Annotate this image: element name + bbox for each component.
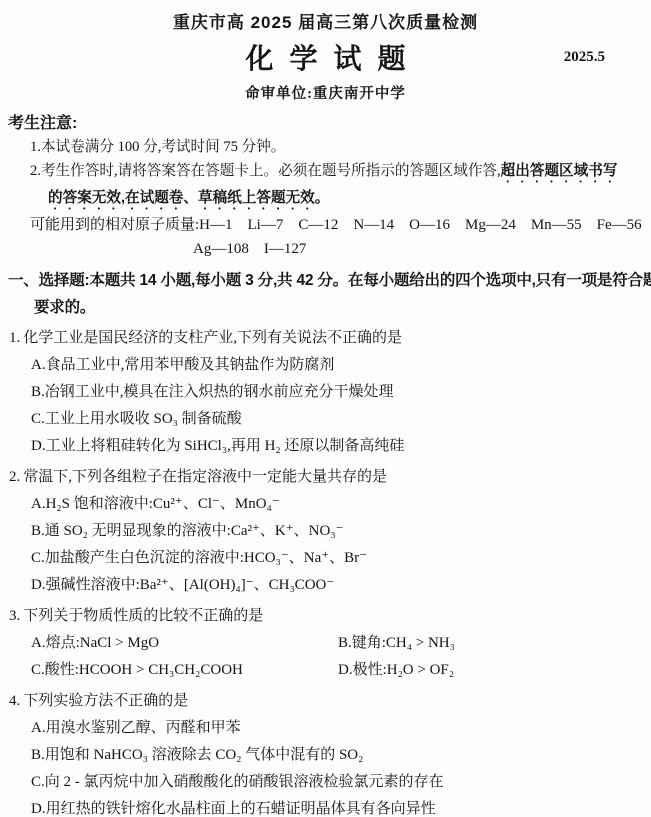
notice-item-2-normal: 2.考生作答时,请将答案答在答题卡上。必须在题号所指示的答题区域作答, bbox=[30, 163, 501, 179]
notice-item-2: 2.考生作答时,请将答案答在答题卡上。必须在题号所指示的答题区域作答,超出答题区… bbox=[8, 159, 643, 186]
section-heading-line-1: 一、选择题:本题共 14 小题,每小题 3 分,共 42 分。在每小题给出的四个… bbox=[8, 267, 643, 294]
option-1c: C.工业上用水吸收 SO₃ 制备硫酸 bbox=[8, 406, 643, 433]
notice-item-1: 1.本试卷满分 100 分,考试时间 75 分钟。 bbox=[8, 135, 643, 159]
question-4: 4.下列实验方法不正确的是 A.用溴水鉴别乙醇、丙醛和甲苯 B.用饱和 NaHC… bbox=[8, 688, 643, 817]
notice-item-2-emphasis-continued: 的答案无效,在试题卷、草稿纸上答题无效。 bbox=[48, 190, 329, 206]
title-row: 化学试题 2025.5 bbox=[8, 40, 643, 78]
option-1b: B.冶钢工业中,模具在注入炽热的钢水前应充分干燥处理 bbox=[8, 379, 643, 406]
question-number: 1. bbox=[9, 330, 23, 346]
option-1d: D.工业上将粗硅转化为 SiHCl₃,再用 H₂ 还原以制备高纯硅 bbox=[8, 433, 643, 460]
question-stem: 1.化学工业是国民经济的支柱产业,下列有关说法不正确的是 bbox=[8, 325, 643, 352]
notice-item-2-emphasis: 超出答题区域书写 bbox=[501, 163, 618, 179]
option-3c: C.酸性:HCOOH > CH₃CH₂COOH bbox=[8, 657, 338, 684]
option-2a: A.H₂S 饱和溶液中:Cu²⁺、Cl⁻、MnO₄⁻ bbox=[8, 491, 643, 518]
question-stem-text: 常温下,下列各组粒子在指定溶液中一定能大量共存的是 bbox=[23, 469, 387, 485]
question-stem-text: 下列关于物质性质的比较不正确的是 bbox=[23, 608, 263, 624]
exam-title: 重庆市高 2025 届高三第八次质量检测 bbox=[8, 12, 643, 34]
question-stem: 2.常温下,下列各组粒子在指定溶液中一定能大量共存的是 bbox=[8, 464, 643, 491]
option-3b: B.键角:CH₄ > NH₃ bbox=[338, 630, 455, 657]
question-stem-text: 化学工业是国民经济的支柱产业,下列有关说法不正确的是 bbox=[23, 330, 402, 346]
question-3: 3.下列关于物质性质的比较不正确的是 A.熔点:NaCl > MgO B.键角:… bbox=[8, 603, 643, 684]
option-3d: D.极性:H₂O > OF₂ bbox=[338, 657, 454, 684]
option-1a: A.食品工业中,常用苯甲酸及其钠盐作为防腐剂 bbox=[8, 352, 643, 379]
atomic-masses-label: 可能用到的相对原子质量: bbox=[30, 217, 199, 233]
question-2: 2.常温下,下列各组粒子在指定溶液中一定能大量共存的是 A.H₂S 饱和溶液中:… bbox=[8, 464, 643, 599]
option-4a: A.用溴水鉴别乙醇、丙醛和甲苯 bbox=[8, 715, 643, 742]
question-stem: 3.下列关于物质性质的比较不正确的是 bbox=[8, 603, 643, 630]
option-2d: D.强碱性溶液中:Ba²⁺、[Al(OH)₄]⁻、CH₃COO⁻ bbox=[8, 572, 643, 599]
question-stem: 4.下列实验方法不正确的是 bbox=[8, 688, 643, 715]
section-heading: 一、选择题:本题共 14 小题,每小题 3 分,共 42 分。在每小题给出的四个… bbox=[8, 267, 643, 321]
atomic-masses-line-2: Ag—108 I—127 bbox=[8, 237, 643, 261]
issuer-line: 命审单位:重庆南开中学 bbox=[8, 84, 643, 104]
atomic-masses-values-1: H—1 Li—7 C—12 N—14 O—16 Mg—24 Mn—55 Fe—5… bbox=[199, 217, 642, 233]
section-heading-line-2: 要求的。 bbox=[8, 294, 643, 321]
question-stem-text: 下列实验方法不正确的是 bbox=[23, 693, 188, 709]
question-number: 2. bbox=[9, 469, 23, 485]
option-2b: B.通 SO₂ 无明显现象的溶液中:Ca²⁺、K⁺、NO₃⁻ bbox=[8, 518, 643, 545]
option-2c: C.加盐酸产生白色沉淀的溶液中:HCO₃⁻、Na⁺、Br⁻ bbox=[8, 545, 643, 572]
question-number: 4. bbox=[9, 693, 23, 709]
subject-title: 化学试题 bbox=[8, 40, 643, 78]
notice-item-2-continued: 的答案无效,在试题卷、草稿纸上答题无效。 bbox=[8, 186, 643, 213]
question-number: 3. bbox=[9, 608, 23, 624]
exam-paper-page: 重庆市高 2025 届高三第八次质量检测 化学试题 2025.5 命审单位:重庆… bbox=[0, 0, 651, 817]
option-row: A.熔点:NaCl > MgO B.键角:CH₄ > NH₃ bbox=[8, 630, 643, 657]
option-4d: D.用红热的铁针熔化水晶柱面上的石蜡证明晶体具有各向异性 bbox=[8, 796, 643, 817]
option-3a: A.熔点:NaCl > MgO bbox=[8, 630, 338, 657]
exam-date: 2025.5 bbox=[564, 49, 605, 66]
atomic-masses-line-1: 可能用到的相对原子质量:H—1 Li—7 C—12 N—14 O—16 Mg—2… bbox=[8, 213, 643, 237]
notice-heading: 考生注意: bbox=[8, 113, 643, 135]
question-1: 1.化学工业是国民经济的支柱产业,下列有关说法不正确的是 A.食品工业中,常用苯… bbox=[8, 325, 643, 460]
option-4b: B.用饱和 NaHCO₃ 溶液除去 CO₂ 气体中混有的 SO₂ bbox=[8, 742, 643, 769]
option-4c: C.向 2 - 氯丙烷中加入硝酸酸化的硝酸银溶液检验氯元素的存在 bbox=[8, 769, 643, 796]
option-row: C.酸性:HCOOH > CH₃CH₂COOH D.极性:H₂O > OF₂ bbox=[8, 657, 643, 684]
